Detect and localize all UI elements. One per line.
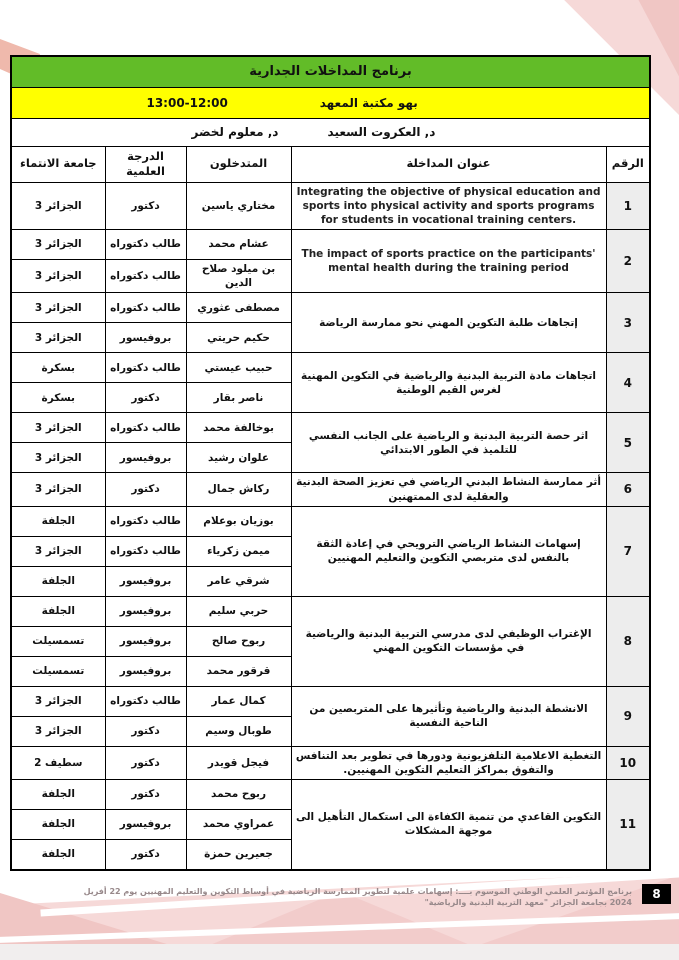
row-number: 6 — [606, 473, 650, 506]
row-number: 7 — [606, 506, 650, 596]
column-header-title: عنوان المداخلة — [291, 146, 606, 182]
row-number: 11 — [606, 780, 650, 870]
program-row-3: 3إتجاهات طلبة التكوين المهني نحو ممارسة … — [11, 293, 650, 323]
speaker-degree: طالب دكتوراه — [105, 353, 186, 383]
program-row-1: 1Integrating the objective of physical e… — [11, 182, 650, 230]
speaker-university: الجزائر 3 — [11, 323, 105, 353]
speaker-degree: طالب دكتوراه — [105, 260, 186, 293]
speaker-name: ناصر بقار — [186, 383, 291, 413]
venue-time-cell: بهو مكتبة المعهد 13:00-12:00 — [11, 87, 650, 118]
speaker-name: فيجل قويدر — [186, 746, 291, 779]
speaker-name: حبيب عيستي — [186, 353, 291, 383]
speaker-university: الجزائر 3 — [11, 413, 105, 443]
row-number: 2 — [606, 230, 650, 293]
program-row-10: 10التغطية الاعلامية التلفزيونية ودورها ف… — [11, 746, 650, 779]
speaker-name: طوبال وسيم — [186, 716, 291, 746]
column-header-number: الرقم — [606, 146, 650, 182]
speaker-degree: دكتور — [105, 182, 186, 230]
program-row-4: 4اتجاهات مادة التربية البدنية والرياضية … — [11, 353, 650, 383]
speaker-degree: دكتور — [105, 840, 186, 870]
speaker-university: الجزائر 3 — [11, 473, 105, 506]
speaker-degree: طالب دكتوراه — [105, 293, 186, 323]
row-number: 1 — [606, 182, 650, 230]
speaker-university: الجزائر 3 — [11, 443, 105, 473]
speaker-name: جعيرين حمزة — [186, 840, 291, 870]
poster-program-table: برنامج المداخلات الجدارية بهو مكتبة المع… — [10, 55, 651, 871]
venue-time-band: بهو مكتبة المعهد 13:00-12:00 — [11, 87, 650, 118]
speaker-university: بسكرة — [11, 383, 105, 413]
program-table-body: 1Integrating the objective of physical e… — [11, 182, 650, 870]
chair-right-name: د, العكروت السعيد — [328, 124, 436, 140]
speaker-name: بوخالفة محمد — [186, 413, 291, 443]
speaker-name: ميمن زكرياء — [186, 536, 291, 566]
speaker-university: الجلفة — [11, 506, 105, 536]
chairs-cell: د, العكروت السعيد د, معلوم لخضر — [11, 118, 650, 146]
chairs-row: د, العكروت السعيد د, معلوم لخضر — [11, 118, 650, 146]
speaker-degree: طالب دكتوراه — [105, 413, 186, 443]
speaker-university: الجلفة — [11, 780, 105, 810]
row-number: 8 — [606, 596, 650, 686]
speaker-name: عشام محمد — [186, 230, 291, 260]
speaker-name: شرقي عامر — [186, 566, 291, 596]
row-number: 10 — [606, 746, 650, 779]
presentation-title: أثر ممارسة النشاط البدني الرياضي في تعزي… — [291, 473, 606, 506]
program-row-6: 6أثر ممارسة النشاط البدني الرياضي في تعز… — [11, 473, 650, 506]
speaker-university: الجزائر 3 — [11, 536, 105, 566]
speaker-degree: دكتور — [105, 473, 186, 506]
speaker-name: ربوح محمد — [186, 780, 291, 810]
program-table-wrapper: برنامج المداخلات الجدارية بهو مكتبة المع… — [10, 55, 649, 871]
program-title: برنامج المداخلات الجدارية — [11, 56, 650, 87]
speaker-university: سطيف 2 — [11, 746, 105, 779]
speaker-degree: دكتور — [105, 383, 186, 413]
presentation-title: الإغتراب الوظيفي لدى مدرسي التربية البدن… — [291, 596, 606, 686]
program-row-8: 8الإغتراب الوظيفي لدى مدرسي التربية البد… — [11, 596, 650, 626]
program-row-2: 2The impact of sports practice on the pa… — [11, 230, 650, 260]
venue-label: بهو مكتبة المعهد — [320, 94, 418, 110]
speaker-university: الجلفة — [11, 810, 105, 840]
speaker-degree: دكتور — [105, 716, 186, 746]
program-row-5: 5اثر حصة التربية البدنية و الرياضية على … — [11, 413, 650, 443]
speaker-university: الجزائر 3 — [11, 293, 105, 323]
speaker-degree: بروفيسور — [105, 626, 186, 656]
row-number: 3 — [606, 293, 650, 353]
page-number-badge: 8 — [642, 884, 671, 904]
table-title-band: برنامج المداخلات الجدارية — [11, 56, 650, 87]
speaker-degree: طالب دكتوراه — [105, 506, 186, 536]
speaker-university: الجلفة — [11, 840, 105, 870]
speaker-university: الجلفة — [11, 596, 105, 626]
speaker-degree: بروفيسور — [105, 596, 186, 626]
speaker-degree: بروفيسور — [105, 810, 186, 840]
column-header-speakers: المتدخلون — [186, 146, 291, 182]
row-number: 9 — [606, 686, 650, 746]
speaker-degree: طالب دكتوراه — [105, 230, 186, 260]
row-number: 5 — [606, 413, 650, 473]
decoration-bottom-gray-strip — [0, 944, 679, 960]
speaker-name: كمال عمار — [186, 686, 291, 716]
speaker-name: ربوح صالح — [186, 626, 291, 656]
speaker-degree: طالب دكتوراه — [105, 536, 186, 566]
column-header-row: الرقم عنوان المداخلة المتدخلون الدرجة ال… — [11, 146, 650, 182]
presentation-title: إتجاهات طلبة التكوين المهني نحو ممارسة ا… — [291, 293, 606, 353]
speaker-name: حكيم حريتي — [186, 323, 291, 353]
speaker-university: الجزائر 3 — [11, 230, 105, 260]
speaker-name: حربي سليم — [186, 596, 291, 626]
program-row-9: 9الانشطة البدنية والرياضية وتأثيرها على … — [11, 686, 650, 716]
speaker-university: الجزائر 3 — [11, 686, 105, 716]
program-row-7: 7إسهامات النشاط الرياضي الترويحي في إعاد… — [11, 506, 650, 536]
column-header-degree: الدرجة العلمية — [105, 146, 186, 182]
time-label: 13:00-12:00 — [146, 94, 227, 110]
document-page: برنامج المداخلات الجدارية بهو مكتبة المع… — [0, 0, 679, 960]
speaker-name: مختاري ياسين — [186, 182, 291, 230]
speaker-university: تسمسيلت — [11, 656, 105, 686]
row-number: 4 — [606, 353, 650, 413]
presentation-title: The impact of sports practice on the par… — [291, 230, 606, 293]
speaker-university: تسمسيلت — [11, 626, 105, 656]
speaker-name: مصطفى عثوري — [186, 293, 291, 323]
column-header-university: جامعة الانتماء — [11, 146, 105, 182]
speaker-name: قرقور محمد — [186, 656, 291, 686]
presentation-title: اثر حصة التربية البدنية و الرياضية على ا… — [291, 413, 606, 473]
speaker-degree: بروفيسور — [105, 323, 186, 353]
presentation-title: التغطية الاعلامية التلفزيونية ودورها في … — [291, 746, 606, 779]
speaker-university: الجزائر 3 — [11, 716, 105, 746]
speaker-name: بوزيان بوعلام — [186, 506, 291, 536]
speaker-name: ركاش جمال — [186, 473, 291, 506]
speaker-degree: بروفيسور — [105, 656, 186, 686]
speaker-degree: بروفيسور — [105, 443, 186, 473]
program-row-11: 11التكوين القاعدي من تنمية الكفاءة الى ا… — [11, 780, 650, 810]
chair-left-name: د, معلوم لخضر — [191, 124, 278, 140]
speaker-degree: دكتور — [105, 746, 186, 779]
presentation-title: Integrating the objective of physical ed… — [291, 182, 606, 230]
presentation-title: الانشطة البدنية والرياضية وتأثيرها على ا… — [291, 686, 606, 746]
presentation-title: التكوين القاعدي من تنمية الكفاءة الى است… — [291, 780, 606, 870]
presentation-title: اتجاهات مادة التربية البدنية والرياضية ف… — [291, 353, 606, 413]
speaker-university: بسكرة — [11, 353, 105, 383]
footer-conference-note: برنامج المؤتمر العلمي الوطني الموسوم بــ… — [67, 886, 632, 908]
speaker-name: عمراوي محمد — [186, 810, 291, 840]
speaker-name: علوان رشيد — [186, 443, 291, 473]
speaker-degree: طالب دكتوراه — [105, 686, 186, 716]
speaker-name: بن ميلود صلاح الدين — [186, 260, 291, 293]
speaker-university: الجزائر 3 — [11, 260, 105, 293]
presentation-title: إسهامات النشاط الرياضي الترويحي في إعادة… — [291, 506, 606, 596]
speaker-degree: بروفيسور — [105, 566, 186, 596]
speaker-degree: دكتور — [105, 780, 186, 810]
speaker-university: الجزائر 3 — [11, 182, 105, 230]
speaker-university: الجلفة — [11, 566, 105, 596]
